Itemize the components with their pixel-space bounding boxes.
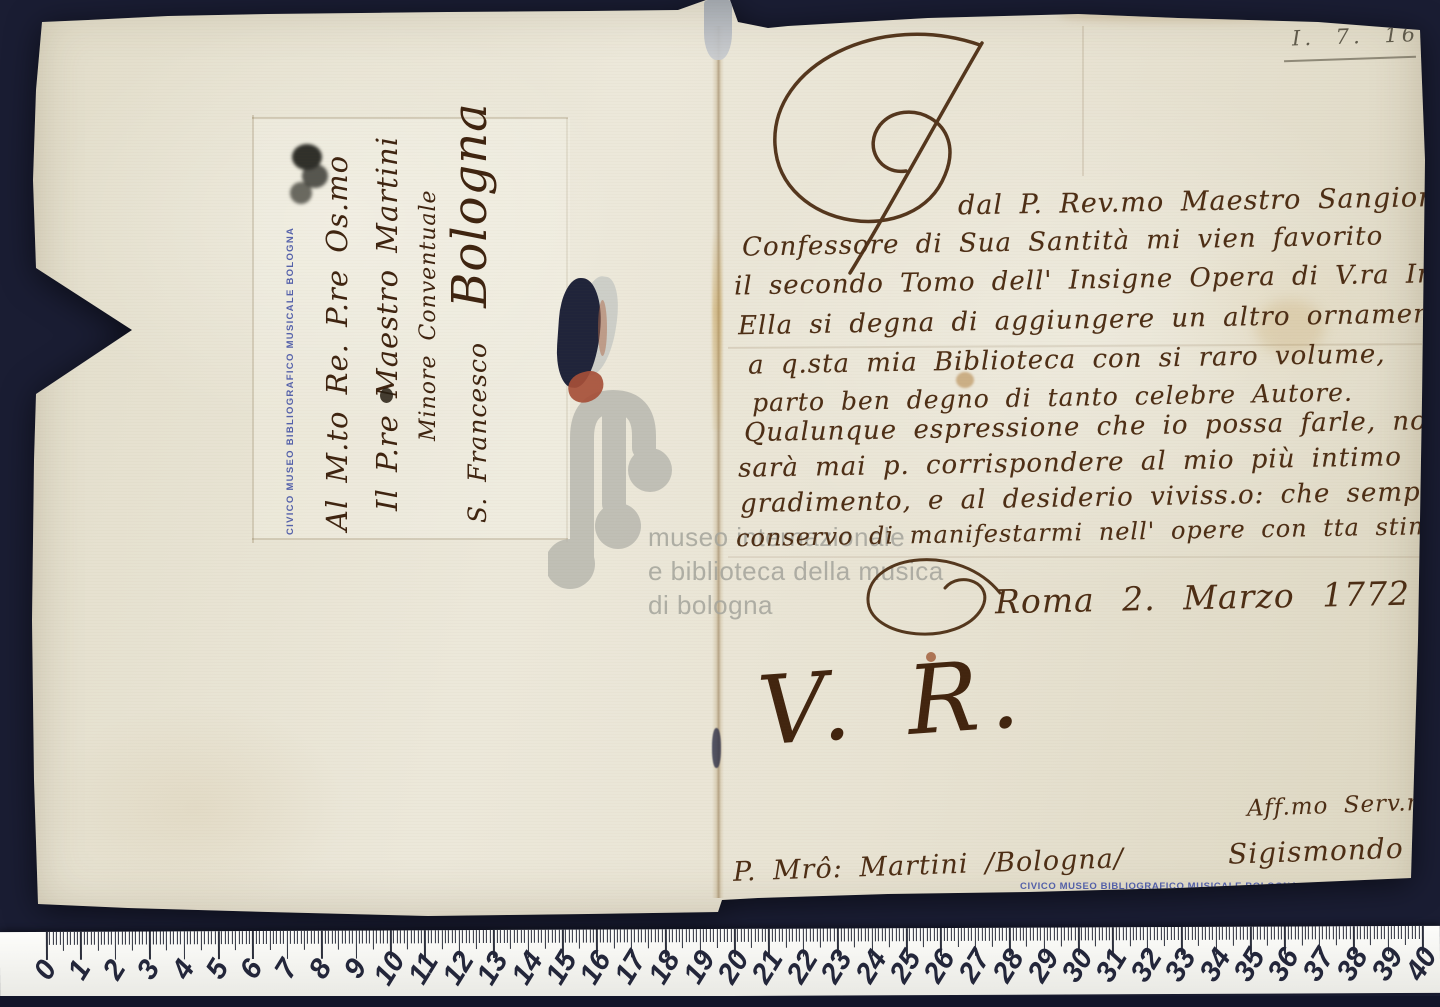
ruler-tick — [269, 931, 270, 950]
ruler-tick — [1229, 927, 1230, 940]
ruler-tick — [1305, 926, 1306, 939]
ruler-tick — [132, 932, 133, 951]
ruler-tick — [87, 932, 88, 945]
ruler-tick — [751, 929, 752, 948]
ruler-tick — [421, 930, 422, 943]
ruler-tick — [565, 930, 566, 943]
ruler-tick — [531, 930, 532, 943]
ruler-tick — [104, 932, 105, 945]
ruler-tick — [1064, 927, 1065, 940]
ruler-tick — [964, 928, 965, 941]
ruler-tick — [847, 928, 848, 941]
ruler-tick — [617, 929, 618, 942]
ruler-tick — [1074, 927, 1075, 940]
ruler-tick — [882, 928, 883, 941]
ruler-tick — [314, 931, 315, 944]
ruler-tick — [1171, 927, 1172, 940]
ruler-tick — [156, 931, 157, 944]
ruler-tick — [951, 928, 952, 941]
ruler-tick — [197, 931, 198, 944]
ruler-tick — [1023, 928, 1024, 941]
ruler-tick — [1123, 927, 1124, 940]
ruler-tick — [232, 931, 233, 944]
ruler-tick — [754, 929, 755, 942]
ruler-tick — [978, 928, 979, 941]
ruler-tick — [534, 930, 535, 943]
ruler-tick — [1360, 926, 1361, 939]
ruler-tick — [868, 928, 869, 941]
ruler-tick — [679, 929, 680, 942]
ruler-tick — [1150, 927, 1151, 940]
ruler-tick — [1412, 926, 1413, 939]
ruler-tick — [300, 931, 301, 944]
ruler-tick — [902, 928, 903, 941]
ruler-tick — [211, 931, 212, 944]
ruler-tick — [400, 930, 401, 943]
ruler-tick — [1109, 927, 1110, 940]
ruler-tick — [342, 931, 343, 944]
ruler-tick — [961, 928, 962, 941]
ruler-tick — [1119, 927, 1120, 940]
ruler-tick — [63, 932, 64, 951]
address-line: Il P.re Maestro Martini — [370, 137, 404, 511]
ruler-tick — [1054, 928, 1055, 941]
ruler-tick — [452, 930, 453, 943]
ruler-tick — [249, 931, 250, 944]
ruler-tick — [173, 931, 174, 944]
ruler-tick — [1281, 927, 1282, 940]
ruler-tick — [1143, 927, 1144, 940]
ruler-tick — [1164, 927, 1165, 946]
ruler-tick — [1291, 927, 1292, 940]
ruler-tick — [982, 928, 983, 941]
ruler-tick — [1315, 926, 1316, 939]
ruler-tick — [259, 931, 260, 944]
ruler-tick — [1374, 926, 1375, 939]
ruler-tick — [290, 931, 291, 944]
ruler-number: 40 — [1399, 940, 1440, 988]
ruler-tick — [146, 932, 147, 945]
ruler-tick — [703, 929, 704, 942]
wax-trace — [598, 300, 607, 356]
ruler-tick — [128, 932, 129, 945]
ruler-tick — [1322, 926, 1323, 939]
ruler-tick — [56, 932, 57, 945]
ruler-tick — [500, 930, 501, 943]
ruler-tick — [954, 928, 955, 941]
ruler-tick — [1264, 927, 1265, 940]
ruler-tick — [730, 929, 731, 942]
ruler-tick — [538, 930, 539, 943]
ruler-tick — [135, 932, 136, 945]
ruler-tick — [152, 931, 153, 944]
ruler-tick — [177, 931, 178, 944]
ruler-tick — [366, 931, 367, 944]
ruler-tick — [985, 928, 986, 941]
ruler-tick — [362, 931, 363, 944]
ruler-tick — [1236, 927, 1237, 940]
ruler-tick — [758, 929, 759, 942]
ruler-tick — [662, 929, 663, 942]
ruler-tick — [1040, 928, 1041, 941]
ruler-tick — [727, 929, 728, 942]
ruler-tick — [899, 928, 900, 941]
ruler-tick — [968, 928, 969, 941]
ruler-tick — [545, 930, 546, 949]
ruler-tick — [376, 930, 377, 943]
ruler-tick — [1222, 927, 1223, 940]
ruler-tick — [854, 928, 855, 947]
ruler-tick — [1160, 927, 1161, 940]
ruler-tick — [159, 931, 160, 944]
ruler-tick — [94, 932, 95, 945]
ruler-tick — [263, 931, 264, 944]
watermark-text-line3: di bologna — [648, 590, 773, 621]
ruler-tick — [693, 929, 694, 942]
ruler-tick — [1401, 926, 1402, 939]
ruler-tick — [1226, 927, 1227, 940]
ruler-tick — [180, 931, 181, 944]
ruler-tick — [1136, 927, 1137, 940]
ruler-tick — [476, 930, 477, 949]
ruler-tick — [971, 928, 972, 941]
ruler-tick — [369, 931, 370, 944]
ruler-tick — [1326, 926, 1327, 939]
ruler-tick — [1191, 927, 1192, 940]
ruler-tick — [937, 928, 938, 941]
ruler-tick — [1174, 927, 1175, 940]
ruler-tick — [524, 930, 525, 943]
ruler-tick — [620, 929, 621, 942]
ruler-tick — [335, 931, 336, 944]
ruler-tick — [1033, 928, 1034, 941]
ruler-tick — [469, 930, 470, 943]
ruler-tick — [304, 931, 305, 950]
ruler-tick — [1288, 927, 1289, 940]
ruler-tick — [1243, 927, 1244, 940]
ruler-tick — [589, 930, 590, 943]
ruler-tick — [204, 931, 205, 944]
ruler-tick — [1343, 926, 1344, 939]
ruler-tick — [1212, 927, 1213, 940]
ruler-tick — [541, 930, 542, 943]
ruler-tick — [1030, 928, 1031, 941]
ruler-tick — [435, 930, 436, 943]
ruler-tick — [490, 930, 491, 943]
ruler-tick — [1133, 927, 1134, 940]
ruler-tick — [789, 929, 790, 942]
ruler-tick — [761, 929, 762, 942]
letter-line: Ella si degna di aggiungere un altro orn… — [738, 299, 1440, 342]
ruler-tick — [724, 929, 725, 942]
ruler-tick — [1154, 927, 1155, 940]
ruler-tick — [686, 929, 687, 942]
address-line: S. Francesco Bologna — [449, 137, 492, 523]
ruler-tick — [1068, 927, 1069, 940]
ruler-tick — [77, 932, 78, 945]
ruler-tick — [858, 928, 859, 941]
ruler-tick — [97, 932, 98, 951]
ruler-tick — [311, 931, 312, 944]
ruler-tick — [1198, 927, 1199, 946]
ruler-tick — [775, 929, 776, 942]
ruler-tick — [607, 929, 608, 942]
ruler-tick — [988, 928, 989, 941]
ruler-tick — [1295, 926, 1296, 939]
ruler-tick — [1418, 926, 1419, 939]
ruler-tick — [1312, 926, 1313, 939]
ruler-tick — [1398, 926, 1399, 939]
ruler-tick — [462, 930, 463, 943]
ruler-tick — [658, 929, 659, 942]
ruler-tick — [1012, 928, 1013, 941]
ruler-tick — [445, 930, 446, 943]
ruler-tick — [1129, 927, 1130, 946]
ruler-tick — [1363, 926, 1364, 939]
ruler: 0123456789101112131415161718192021222324… — [0, 926, 1440, 999]
ruler-tick — [913, 928, 914, 941]
ruler-tick — [472, 930, 473, 943]
ruler-tick — [648, 929, 649, 948]
ruler-tick — [1157, 927, 1158, 940]
ruler-tick — [1167, 927, 1168, 940]
ruler-tick — [514, 930, 515, 943]
ruler-tick — [201, 931, 202, 950]
ruler-tick — [438, 930, 439, 943]
ruler-tick — [1329, 926, 1330, 939]
ruler-tick — [428, 930, 429, 943]
ruler-tick — [228, 931, 229, 944]
ruler-tick — [1339, 926, 1340, 939]
ruler-tick — [483, 930, 484, 943]
ruler-tick — [111, 932, 112, 945]
ruler-tick — [593, 930, 594, 943]
ruler-tick — [1233, 927, 1234, 946]
ruler-tick — [834, 928, 835, 941]
postal-smudge — [288, 142, 340, 208]
ruler-tick — [1205, 927, 1206, 940]
ruler-tick — [634, 929, 635, 942]
ruler-tick — [187, 931, 188, 944]
ruler-tick — [682, 929, 683, 948]
ruler-tick — [1408, 926, 1409, 939]
signature: Sigismondo Chigi — [1228, 828, 1440, 871]
ruler-tick — [957, 928, 958, 947]
ruler-tick — [297, 931, 298, 944]
ruler-tick — [782, 929, 783, 942]
ruler-tick — [190, 931, 191, 944]
ruler-tick — [920, 928, 921, 941]
ruler-tick — [610, 929, 611, 942]
address-city: Bologna — [449, 102, 492, 308]
ruler-tick — [1394, 926, 1395, 939]
ink-blot-small — [380, 388, 393, 403]
ruler-tick — [1377, 926, 1378, 939]
ruler-tick — [816, 929, 817, 942]
ruler-tick — [600, 930, 601, 943]
ruler-tick — [496, 930, 497, 943]
address-line: Minore Conventuale — [416, 137, 441, 441]
ruler-tick — [885, 928, 886, 941]
ruler-tick — [1202, 927, 1203, 940]
ruler-tick — [1277, 927, 1278, 940]
ruler-tick — [1301, 926, 1302, 945]
dateline: Roma 2. Marzo 1772 — [995, 574, 1411, 622]
archival-mark: I. 7. 160 — [1292, 21, 1437, 50]
ruler-tick — [417, 930, 418, 943]
ruler-tick — [555, 930, 556, 943]
ruler-tick — [517, 930, 518, 943]
ruler-tick — [613, 929, 614, 948]
fold-spot — [712, 728, 721, 768]
ruler-tick — [744, 929, 745, 942]
ruler-tick — [410, 930, 411, 943]
ruler-tick — [558, 930, 559, 943]
ruler-tick — [916, 928, 917, 941]
ruler-tick — [1050, 928, 1051, 941]
ruler-tick — [947, 928, 948, 941]
ruler-tick — [586, 930, 587, 943]
ruler-tick — [407, 930, 408, 949]
flap-crease — [252, 538, 568, 540]
ruler-tick — [844, 928, 845, 941]
ruler-tick — [1370, 926, 1371, 945]
background-band — [0, 996, 1440, 1007]
ruler-tick — [1257, 927, 1258, 940]
ruler-tick — [1088, 927, 1089, 940]
address-convent: S. Francesco — [463, 342, 492, 523]
ruler-tick — [503, 930, 504, 943]
ruler-tick — [1006, 928, 1007, 941]
ruler-tick — [651, 929, 652, 942]
ruler-tick — [1105, 927, 1106, 940]
ruler-tick — [214, 931, 215, 944]
ruler-tick — [655, 929, 656, 942]
ruler-tick — [710, 929, 711, 942]
flap-crease — [252, 115, 254, 543]
ruler-tick — [1405, 926, 1406, 945]
ruler-tick — [84, 932, 85, 945]
ruler-tick — [830, 929, 831, 942]
ruler-tick — [1308, 926, 1309, 939]
ruler-tick — [1184, 927, 1185, 940]
ruler-tick — [861, 928, 862, 941]
ruler-tick — [813, 929, 814, 942]
ruler-tick — [170, 931, 171, 944]
ruler-tick — [672, 929, 673, 942]
ruler-tick — [892, 928, 893, 941]
ruler-tick — [792, 929, 793, 942]
ruler-tick — [1246, 927, 1247, 940]
ruler-tick — [579, 930, 580, 949]
ruler-tick — [779, 929, 780, 942]
ruler-tick — [1274, 927, 1275, 940]
museum-stamp-vertical: CIVICO MUSEO BIBLIOGRAFICO MUSICALE BOLO… — [285, 265, 301, 535]
ruler-tick — [926, 928, 927, 941]
ruler-tick — [166, 931, 167, 950]
ruler-tick — [386, 930, 387, 943]
ruler-tick — [307, 931, 308, 944]
ruler-tick — [1085, 927, 1086, 940]
ruler-tick — [266, 931, 267, 944]
ruler-tick — [235, 931, 236, 950]
ruler-tick — [238, 931, 239, 944]
ruler-tick — [999, 928, 1000, 941]
ruler-tick — [717, 929, 718, 948]
ruler-tick — [122, 932, 123, 945]
ruler-tick — [810, 929, 811, 942]
ruler-tick — [1016, 928, 1017, 941]
ruler-tick — [720, 929, 721, 942]
ruler-tick — [53, 932, 54, 945]
ruler-tick — [820, 929, 821, 948]
ruler-tick — [1098, 927, 1099, 940]
ruler-tick — [414, 930, 415, 943]
ruler-tick — [441, 930, 442, 949]
ruler-tick — [1415, 926, 1416, 939]
ruler-tick — [73, 932, 74, 945]
address-block: Al M.to Re. P.re Os.mo Il P.re Maestro M… — [320, 137, 570, 537]
ruler-tick — [393, 930, 394, 943]
ruler-tick — [1298, 926, 1299, 939]
dateline-flourish — [840, 548, 1010, 653]
ruler-tick — [785, 929, 786, 948]
ruler-tick — [992, 928, 993, 947]
ruler-tick — [548, 930, 549, 943]
ruler-tick — [1356, 926, 1357, 939]
ruler-tick — [225, 931, 226, 944]
ruler-tick — [383, 930, 384, 943]
ruler-tick — [118, 932, 119, 945]
paper-crease — [1082, 26, 1084, 176]
ruler-tick — [280, 931, 281, 944]
ruler-tick — [108, 932, 109, 945]
ruler-tick — [896, 928, 897, 941]
ruler-tick — [70, 932, 71, 945]
ruler-tick — [1270, 927, 1271, 940]
ruler-tick — [909, 928, 910, 941]
ruler-tick — [696, 929, 697, 942]
ruler-tick — [889, 928, 890, 947]
flap-crease — [252, 117, 568, 119]
letter-paper: museo internazionale e biblioteca della … — [28, 0, 1426, 918]
ruler-tick — [328, 931, 329, 944]
ruler-tick — [359, 931, 360, 944]
ruler-tick — [875, 928, 876, 941]
ruler-tick — [923, 928, 924, 947]
ruler-tick — [1002, 928, 1003, 941]
ruler-tick — [1178, 927, 1179, 940]
ruler-tick — [851, 928, 852, 941]
museum-stamp-bottom: CIVICO MUSEO BIBLIOGRAFICO MUSICALE BOLO… — [1020, 881, 1250, 892]
ruler-tick — [66, 932, 67, 945]
ruler-tick — [1140, 927, 1141, 940]
ruler-tick — [1116, 927, 1117, 940]
ruler-tick — [276, 931, 277, 944]
ruler-tick — [1095, 927, 1096, 946]
ruler-tick — [748, 929, 749, 942]
ruler-tick — [1092, 927, 1093, 940]
ruler-tick — [49, 932, 50, 945]
ruler-tick — [397, 930, 398, 943]
ruler-tick — [1188, 927, 1189, 940]
ruler-tick — [1332, 926, 1333, 939]
ruler-tick — [1350, 926, 1351, 939]
ruler-tick — [1071, 927, 1072, 940]
ruler-tick — [1037, 928, 1038, 941]
ruler-tick — [507, 930, 508, 943]
ruler-tick — [1061, 928, 1062, 947]
